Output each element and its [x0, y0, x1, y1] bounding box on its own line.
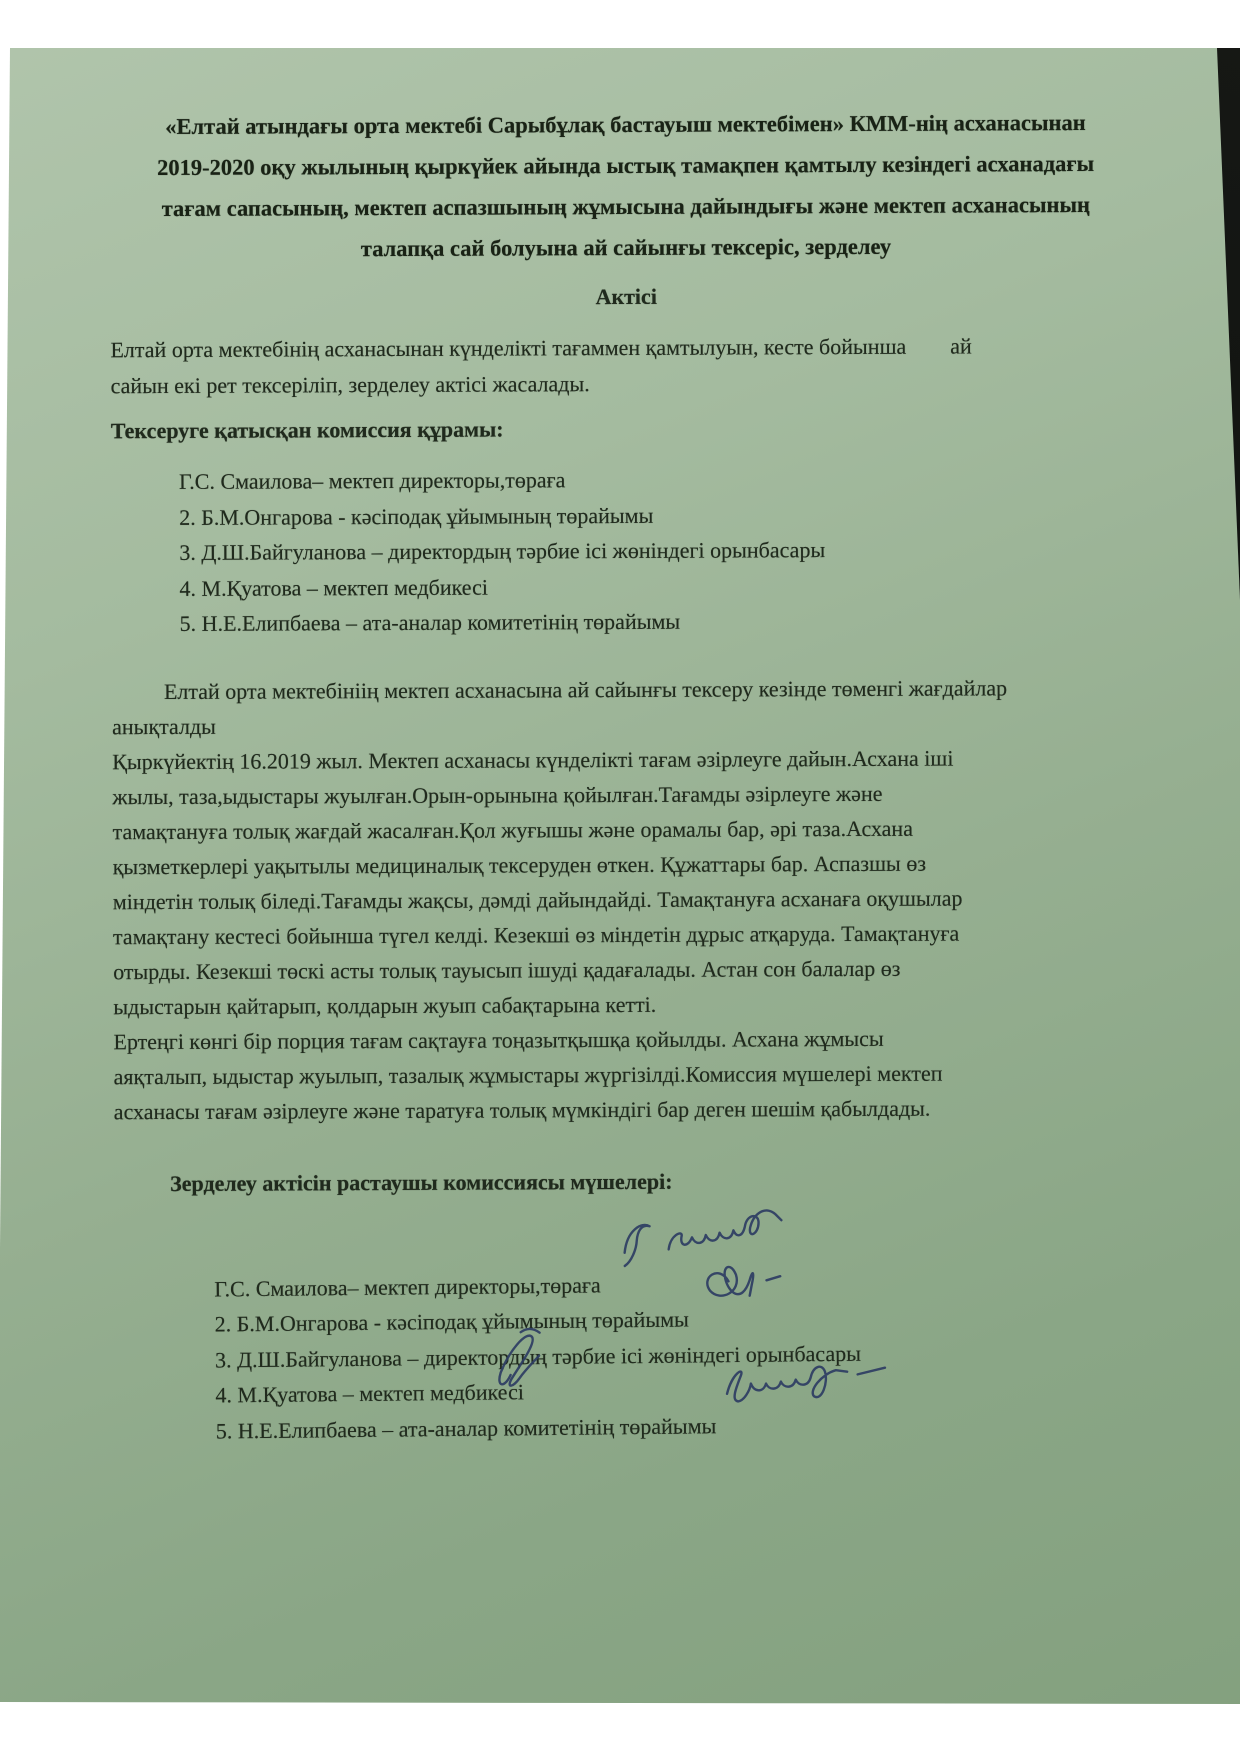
body-paragraph: Елтай орта мектебініің мектеп асханасына… — [112, 669, 1146, 1128]
confirmation-heading: Зерделеу актісін растаушы комиссиясы мүш… — [170, 1164, 1146, 1198]
commission-member-list: Г.С. Смаилова– мектеп директоры,төраға 2… — [111, 460, 1144, 642]
intro-paragraph: Елтай орта мектебінің асханасынан күндел… — [110, 328, 1142, 404]
document-content: «Елтай атындағы орта мектебі Сарыбұлақ б… — [0, 0, 1240, 1411]
scan-background: «Елтай атындағы орта мектебі Сарыбұлақ б… — [0, 0, 1240, 1755]
commission-heading: Тексеруге қатысқан комиссия құрамы: — [111, 412, 1143, 447]
document-title: «Елтай атындағы орта мектебі Сарыбұлақ б… — [109, 102, 1142, 271]
confirmation-member-label: 5. Н.Е.Елипбаева – ата-аналар комитетіні… — [216, 1413, 717, 1443]
act-label: Актісі — [110, 280, 1142, 315]
confirmation-member-list: Г.С. Смаилова– мектеп директоры,төраға 2… — [170, 1225, 1148, 1413]
